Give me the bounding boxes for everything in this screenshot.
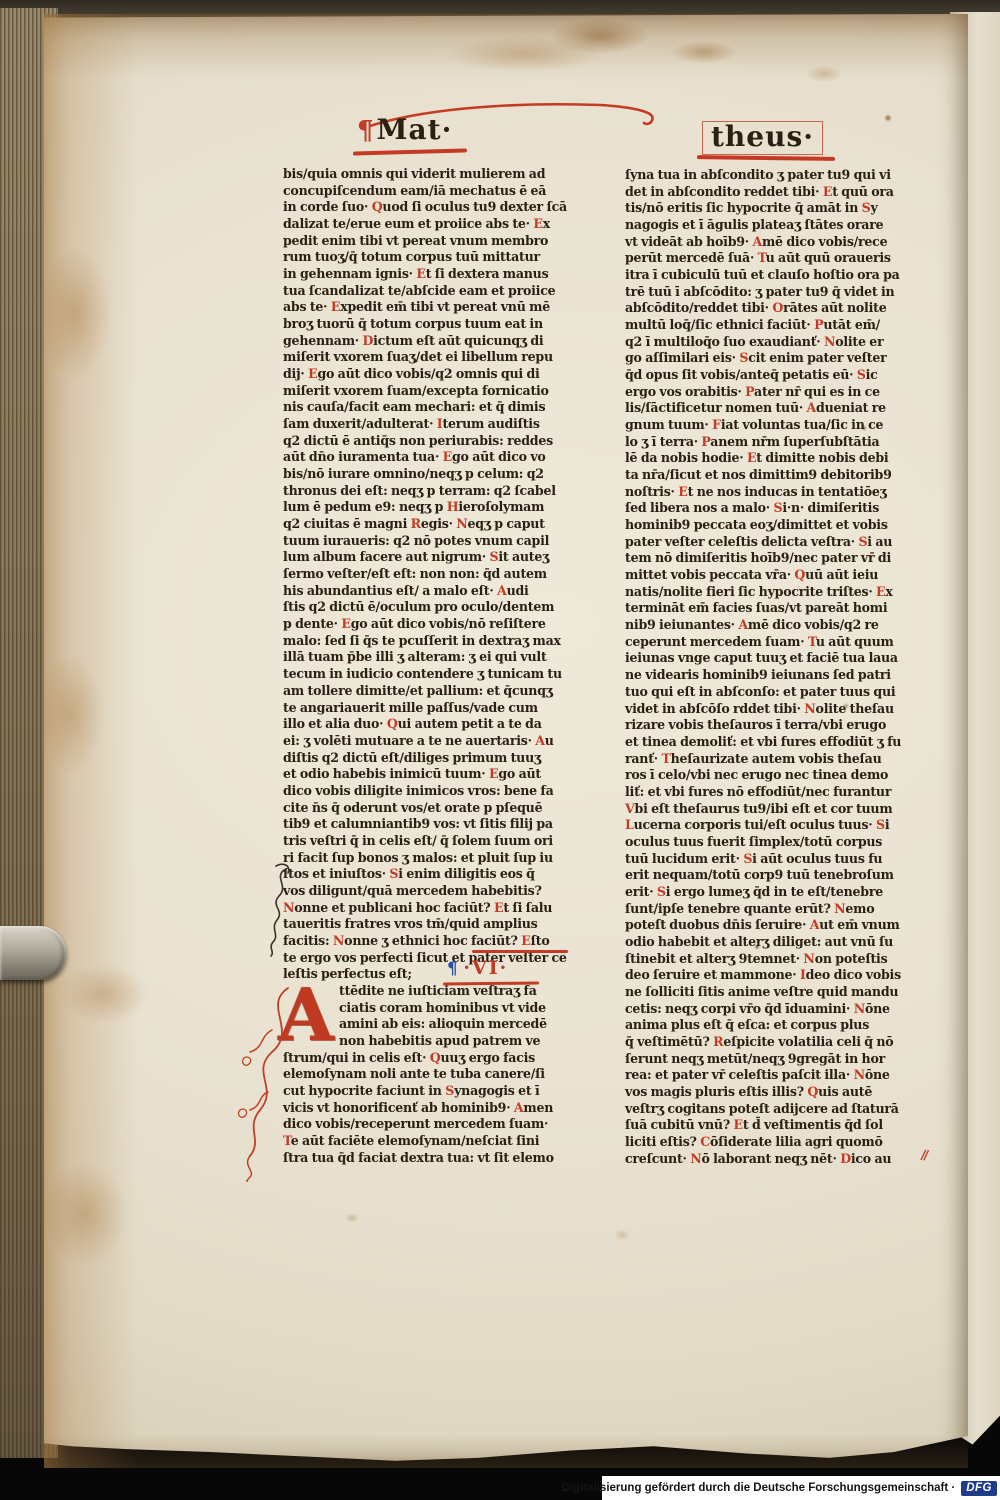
text-line: malo: ſed ſi q̄s te pcuſſerit in dextraʒ…: [283, 633, 591, 650]
text-line: Nonne et publicani hoc faciūt? Et ſi ſal…: [283, 900, 591, 917]
text-line: tis/nō eritis ſic hypocrite q̄ amāt in S…: [625, 200, 931, 217]
text-line: liciti eſtis? Cōſiderate lilia agri quom…: [625, 1134, 931, 1151]
text-line: lē da nobis hodie· Et dimitte nobis debi: [625, 450, 931, 467]
text-line: trē tuū ī abſcōdito: ʒ pater tu9 q̄ vide…: [625, 284, 931, 301]
text-line: tuū lucidum erit· Si aūt oculus tuus fu: [625, 851, 931, 868]
text-line: tecum in iudicio contendere ʒ tunicam tu: [283, 666, 591, 683]
chapter-number: ·VI·: [463, 957, 508, 979]
running-header-left-text: Mat·: [377, 113, 453, 146]
text-line: ſtos et iniuſtos· Si enim diligitis eos …: [283, 866, 591, 883]
text-line: q̄d opus ſit vobis/anteq̄ petatis eū· Si…: [625, 367, 931, 384]
text-line: ne videaris hominib9 ieiunans ſed patri: [625, 667, 931, 684]
text-line: rum tuoʒ/q̄ totum corpus tuū mittatur: [283, 249, 591, 266]
text-line: bis/nō iurare omnino/neqʒ p celum: q2: [283, 466, 591, 483]
text-line: nagogis et ī āgulis plateaʒ ſtātes orare: [625, 217, 931, 234]
text-line: ros ī celo/vbi nec erugo nec tinea demo: [625, 767, 931, 784]
text-line: nis cauſa/facit eam mechari: et q̄ dimis: [283, 399, 591, 416]
red-overline: [472, 950, 568, 953]
text-line: ſtra tua q̄d faciat dextra tua: vt ſit e…: [283, 1150, 591, 1167]
text-line: creſcunt· Nō laborant neqʒ nēt· Dico au: [625, 1151, 931, 1168]
text-line: in gehennam ignis· Et ſi dextera manus: [283, 266, 591, 283]
paraph-icon-blue: ¶: [447, 959, 458, 979]
text-line: ſermo veſter/eſt eſt: non non: q̄d autem: [283, 566, 591, 583]
text-line: vos diligunt/quā mercedem habebitis?: [283, 883, 591, 900]
text-line: tuo qui eſt in abſconſo: et pater tuus q…: [625, 684, 931, 701]
text-line: dalizat te/erue eum et proiice abs te· E…: [283, 216, 591, 233]
text-line: ſuā cubitū vnū? Et d̄ veſtimentis q̄d ſo…: [625, 1117, 931, 1134]
text-line: cite n̄s q̄ oderunt vos/et orate p pſequ…: [283, 800, 591, 817]
text-line: ſunt/ipſe tenebre quante erūt? Nemo: [625, 901, 931, 918]
text-line: ergo vos orabitis· Pater nr̄ qui es in c…: [625, 384, 931, 401]
text-line: oculus tuus fuerit ſimplex/totū corpus: [625, 834, 931, 851]
text-line: perūt mercedē ſuā· Tu aūt quū oraueris: [625, 250, 931, 267]
text-line: in corde ſuo· Quod ſi oculus tu9 dexter …: [283, 199, 591, 216]
text-line: ſtinebit et alterʒ 9temnet· Non poteſtis: [625, 951, 931, 968]
text-line: broʒ tuorū q̄ totum corpus tuum eat in: [283, 316, 591, 333]
text-line: itra ī cubiculū tuū et clauſo hoſtio ora…: [625, 267, 931, 284]
text-line: q2 dictū ē antiq̄s non periurabis: redde…: [283, 433, 591, 450]
text-column-right: ſyna tua in abſcondito ʒ pater tu9 qui v…: [625, 167, 931, 1167]
text-line: erit· Si ergo lumeʒ q̄d in te eſt/tenebr…: [625, 884, 931, 901]
text-line: go aſſimilari eis· Scit enim pater veſte…: [625, 350, 931, 367]
text-line: vicis vt honorificenť ab hominib9· Amen: [283, 1100, 591, 1117]
text-line: ne ſolliciti ſitis anime veſtre quid man…: [625, 984, 931, 1001]
text-line: q̄ veſtimētū? Reſpicite volatilia celi q…: [625, 1034, 931, 1051]
text-line: ieiunas vnge caput tuuʒ et faciē tua lau…: [625, 650, 931, 667]
text-line: pedit enim tibi vt pereat vnum membro: [283, 233, 591, 250]
chapter-heading: ¶ ·VI·: [447, 957, 508, 979]
text-line: veſtrʒ cogitans poteſt adijcere ad ſtatu…: [625, 1101, 931, 1118]
text-line: his abundantius eſt/ a malo eſt· Audi: [283, 583, 591, 600]
text-line: et tinea demoliť: et vbi fures effodiūt …: [625, 734, 931, 751]
text-line: p dente· Ego aūt dico vobis/nō reſiſtere: [283, 616, 591, 633]
text-line: tuum iuraueris: q2 nō potes vnum capil: [283, 533, 591, 550]
text-line: diſtis q2 dictū eſt/diliges primum tuuʒ: [283, 750, 591, 767]
text-line: lum ē pedum e9: neqʒ p Hieroſolymam: [283, 499, 591, 516]
text-line: Vbi eſt theſaurus tu9/ibi eſt et cor tuu…: [625, 801, 931, 818]
text-line: ei: ʒ volēti mutuare a te ne auertaris· …: [283, 733, 591, 750]
running-header-left: ¶Mat·: [357, 113, 452, 146]
text-line: ſam duxerit/adulterat· Iterum audiſtis: [283, 416, 591, 433]
text-line: miſerit vxorem ſuam/excepta fornicatio: [283, 383, 591, 400]
text-line: dico vobis/receperunt mercedem ſuam·: [283, 1116, 591, 1133]
text-line: det in abſcondito reddet tibi· Et quū or…: [625, 184, 931, 201]
text-line: pater veſter celeſtis delicta veſtra· Si…: [625, 534, 931, 551]
text-line: cetis: neqʒ corpi vr̄o q̄d īduamini· Nōn…: [625, 1001, 931, 1018]
running-header-right-text: theus·: [711, 120, 814, 153]
text-line: mittet vobis peccata vr̄a· Quū aūt ieiu: [625, 567, 931, 584]
text-line: et odio habebis inimicū tuum· Ego aūt: [283, 766, 591, 783]
text-line: multū loq̄/ſic ethnici faciūt· Putāt em̄…: [625, 317, 931, 334]
text-line: taueritis fratres vros tm̄/quid amplius: [283, 916, 591, 933]
text-line: ranť· Theſaurizate autem vobis theſau: [625, 751, 931, 768]
text-line: noſtris· Et ne nos inducas in tentatiōeʒ: [625, 484, 931, 501]
text-line: q2 ciuitas ē magni Regis· Neqʒ p caput: [283, 516, 591, 533]
text-line: poteſt duobus dn̄is ſeruire· Aut em̄ vnu…: [625, 917, 931, 934]
text-line: tem nō dimiſeritis hoīb9/nec pater vr̄ d…: [625, 550, 931, 567]
text-line: nib9 ieiunantes· Amē dico vobis/q2 re: [625, 617, 931, 634]
text-line: aūt dn̄o iuramenta tua· Ego aūt dico vo: [283, 449, 591, 466]
text-line: tua ſcandalizat te/abſcide eam et proiic…: [283, 283, 591, 300]
text-line: lis/ſāctificetur nomen tuū· Adueniat re: [625, 400, 931, 417]
text-line: ri facit ſup bonos ʒ malos: et pluit ſup…: [283, 850, 591, 867]
text-line: termināt em̄ facies ſuas/vt pareāt homi: [625, 600, 931, 617]
text-line: ſyna tua in abſcondito ʒ pater tu9 qui v…: [625, 167, 931, 184]
text-line: concupiſcendum eam/iā mechatus ē eā: [283, 183, 591, 200]
text-line: odio habebit et alterʒ diliget: aut vnū …: [625, 934, 931, 951]
dfg-logo: DFG: [961, 1481, 997, 1496]
text-line: videt in abſcōſo rddet tibi· Nolite theſ…: [625, 701, 931, 718]
text-line: am tollere dimitte/et pallium: et q̄cunq…: [283, 683, 591, 700]
text-line: gnum tuum· Fiat voluntas tua/ſic in ce: [625, 417, 931, 434]
text-line: illo et alia duo· Qui autem petit a te d…: [283, 716, 591, 733]
text-line: cut hypocrite faciunt in Synagogis et ī: [283, 1083, 591, 1100]
text-line: gehennam· Dictum eſt aūt quicunqʒ di: [283, 333, 591, 350]
text-line: natis/nolite fieri ſic hypocrite triſtes…: [625, 584, 931, 601]
text-line: lum album facere aut nigrum· Sit auteʒ: [283, 549, 591, 566]
text-line: lo ʒ ī terra· Panem nr̄m ſuperſubſtātia: [625, 434, 931, 451]
text-line: anima plus eſt q̄ eſca: et corpus plus: [625, 1017, 931, 1034]
text-line: te angariauerit mille paſſus/vade cum: [283, 700, 591, 717]
text-line: dico vobis diligite inimicos vros: bene …: [283, 783, 591, 800]
text-line: erit nequam/totū corp9 tuū tenebroſum: [625, 867, 931, 884]
text-line: miſerit vxorem ſuaʒ/det ei libellum repu: [283, 349, 591, 366]
text-line: bis/quia omnis qui viderit mulierem ad: [283, 166, 591, 183]
text-line: ſtis q2 dictū ē/oculum pro oculo/dentem: [283, 599, 591, 616]
text-line: deo ſeruire et mammone· Ideo dico vobis: [625, 967, 931, 984]
text-line: abs te· Expedit em̄ tibi vt pereat vnū m…: [283, 299, 591, 316]
text-line: q2 ī multiloq̄o ſuo exaudianť· Nolite er: [625, 334, 931, 351]
pen-flourish: [230, 862, 302, 1182]
text-line: facitis: Nonne ʒ ethnici hoc faciūt? Eſt…: [283, 933, 591, 950]
scanned-book-page: ¶Mat· theus· bis/quia omnis qui viderit …: [0, 0, 1000, 1500]
text-line: Lucerna corporis tui/eſt oculus tuus· Si: [625, 817, 931, 834]
text-line: ta nr̄a/ſicut et nos dimittim9 debitorib…: [625, 467, 931, 484]
text-line: dij· Ego aūt dico vobis/q2 omnis qui di: [283, 366, 591, 383]
text-line: rizare vobis theſauros ī terra/vbi erugo: [625, 717, 931, 734]
text-line: hominib9 peccata eoʒ/dimittet et vobis: [625, 517, 931, 534]
text-line: abſcōdito/reddet tibi· Orātes aūt nolite: [625, 300, 931, 317]
text-line: elemoſynam noli ante te tuba canere/ſi: [283, 1066, 591, 1083]
text-line: ceperunt mercedem ſuam· Tu aūt quum: [625, 634, 931, 651]
text-line: illā tuam p̄be illi ʒ alteram: ʒ ei qui …: [283, 649, 591, 666]
text-line: tib9 et calumniantib9 vos: vt ſitis fili…: [283, 816, 591, 833]
text-line: Te aūt faciēte elemoſynam/neſciat ſini: [283, 1133, 591, 1150]
text-line: ſerunt neqʒ metūt/neqʒ 9gregāt in hor: [625, 1051, 931, 1068]
text-line: tris veſtri q̄ in celis eſt/ q̄ ſolem ſu…: [283, 833, 591, 850]
book-clasp: [0, 926, 66, 980]
credit-text: Digitalisierung gefördert durch die Deut…: [562, 1482, 956, 1494]
running-header-right: theus·: [702, 121, 823, 155]
text-line: liť: et vbi fures nō effodiūt/nec furant…: [625, 784, 931, 801]
text-line: vt videāt ab hoīb9· Amē dico vobis/rece: [625, 234, 931, 251]
paraph-icon: ¶: [357, 116, 375, 146]
text-line: thronus dei eſt: neqʒ p terram: q2 ſcabe…: [283, 483, 591, 500]
text-line: ſed libera nos a malo· Si·n· dimiſeritis: [625, 500, 931, 517]
text-line: rea: et pater vr̄ celeſtis paſcit illa· …: [625, 1067, 931, 1084]
text-line: vos magis pluris eſtis illis? Quis autē: [625, 1084, 931, 1101]
digitization-credit-bar: Digitalisierung gefördert durch die Deut…: [602, 1476, 1000, 1500]
